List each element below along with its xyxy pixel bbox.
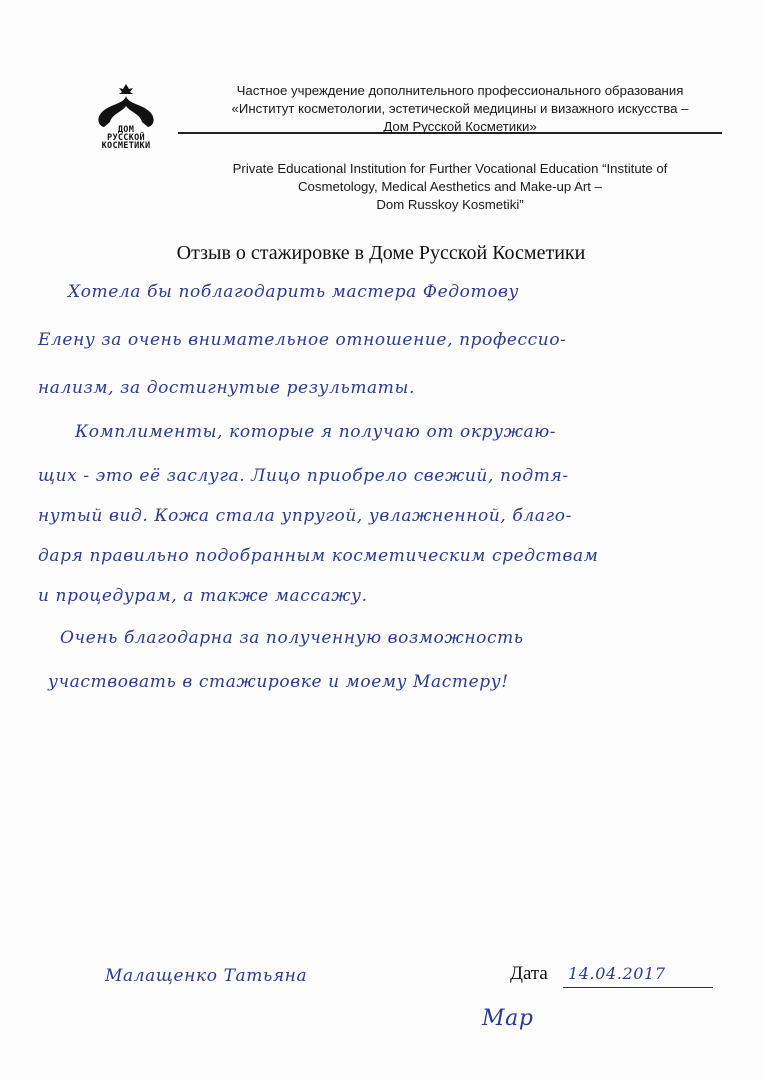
header-en-line: Private Educational Institution for Furt… — [200, 160, 700, 178]
handwritten-line: и процедурам, а также массажу. — [38, 586, 368, 606]
handwritten-line: Хотела бы поблагодарить мастера Федотову — [68, 282, 519, 302]
document-page: ДОМ РУССКОЙ КОСМЕТИКИ Частное учреждение… — [0, 0, 762, 1080]
date-underline — [563, 987, 713, 988]
header-ru-line: Частное учреждение дополнительного профе… — [190, 82, 730, 100]
handwritten-line: даря правильно подобранным косметическим… — [38, 546, 598, 566]
institute-logo: ДОМ РУССКОЙ КОСМЕТИКИ — [90, 82, 162, 152]
date-label: Дата — [510, 963, 548, 985]
document-title: Отзыв о стажировке в Доме Русской Космет… — [0, 242, 762, 265]
institution-name-russian: Частное учреждение дополнительного профе… — [190, 82, 730, 136]
handwritten-line: нутый вид. Кожа стала упругой, увлажненн… — [38, 506, 572, 526]
logo-text-line: КОСМЕТИКИ — [90, 142, 162, 150]
handwritten-line: Елену за очень внимательное отношение, п… — [38, 330, 567, 350]
institution-name-english: Private Educational Institution for Furt… — [200, 160, 700, 214]
header-en-line: Cosmetology, Medical Aesthetics and Make… — [200, 178, 700, 196]
header-divider — [178, 132, 722, 134]
handwritten-line: Очень благодарна за полученную возможнос… — [60, 628, 524, 648]
handwritten-line: нализм, за достигнутые результаты. — [38, 378, 415, 398]
handwritten-line: Комплименты, которые я получаю от окружа… — [75, 422, 556, 442]
date-value: 14.04.2017 — [568, 964, 666, 983]
header-ru-line: «Институт косметологии, эстетической мед… — [190, 100, 730, 118]
handwritten-line: участвовать в стажировке и моему Мастеру… — [48, 672, 509, 692]
onion-dome-logo-icon — [90, 82, 162, 128]
header-en-line: Dom Russkoy Kosmetiki” — [200, 196, 700, 214]
handwritten-line: щих - это её заслуга. Лицо приобрело све… — [38, 466, 569, 486]
author-name: Малащенко Татьяна — [105, 966, 307, 986]
signature: Мар — [482, 1006, 534, 1031]
